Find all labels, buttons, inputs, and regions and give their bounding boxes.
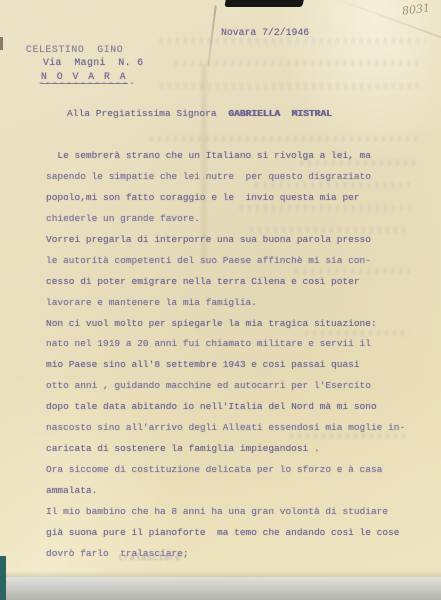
letter-body-line: ammalata. [46, 485, 426, 506]
sender-street: Via Magni N. 6 [43, 57, 143, 68]
letter-body-line: Ora siccome di costituzione delicata per… [46, 464, 426, 485]
letter-body-line: dovrò farlo tralasciare; [46, 548, 426, 569]
paper-top-notch [224, 0, 303, 7]
letter-body-line: otto anni , guidando macchine ed autocar… [46, 380, 426, 401]
bleed-through-mark [175, 60, 420, 66]
bleed-through-mark [150, 136, 420, 142]
bleed-through-mark [160, 38, 425, 44]
sender-name: CELESTINO GINO [26, 44, 123, 55]
scanner-background [0, 577, 441, 600]
salutation-line: Alla Pregiatissima Signora GABRIELLA MIS… [67, 108, 332, 119]
scanned-letter-page: { "annotation": { "archival_code": "8031… [0, 0, 441, 600]
letter-body-line: Non ci vuol molto per spiegarle la mia t… [46, 318, 426, 339]
letter-body-line: nato nel 1919 a 20 anni fui chiamato mil… [46, 338, 426, 359]
sender-city-underline: -------------- [38, 79, 136, 90]
letter-body-line: caricata di sostenere la famiglia impieg… [46, 443, 426, 464]
addressee-name: GABRIELLA MISTRAL [228, 108, 332, 119]
letter-body-line: mio Paese sino all'8 settembre 1943 e co… [46, 359, 426, 380]
letter-body: Le sembrerà strano che un Italiano si ri… [46, 150, 426, 569]
letter-date: Novara 7/2/1946 [221, 27, 309, 38]
letter-body-line: Vorrei pregarla di interporre una sua bu… [46, 234, 426, 255]
letter-body-line: dopo tale data abitando io nell'Italia d… [46, 401, 426, 422]
scanner-edge-strip [0, 556, 6, 600]
letter-body-line: lavorare e mantenere la mia famiglia. [46, 297, 426, 318]
letter-body-line: nascosto sino all'arrivo degli Alleati e… [46, 422, 426, 443]
bleed-through-mark [160, 83, 422, 89]
letter-body-line: già suona pure il pianoforte ma temo che… [46, 527, 426, 548]
letter-body-line: Le sembrerà strano che un Italiano si ri… [46, 150, 426, 171]
overstruck-ghost-word: tralasciare [118, 552, 181, 563]
letter-body-line: chiederle un grande favore. [46, 213, 426, 234]
letter-body-line: Il mio bambino che ha 8 anni ha una gran… [46, 506, 426, 527]
letter-body-line: cesso di poter emigrare nella terra Cile… [46, 276, 426, 297]
salutation-prefix: Alla Pregiatissima Signora [67, 108, 228, 119]
letter-body-line: popolo,mi son fatto coraggio e le invio … [46, 192, 426, 213]
letter-body-line: le autorità competenti del suo Paese aff… [46, 255, 426, 276]
paper-edge-mark [0, 37, 3, 50]
letter-body-line: sapendo le simpatie che lei nutre per qu… [46, 171, 426, 192]
